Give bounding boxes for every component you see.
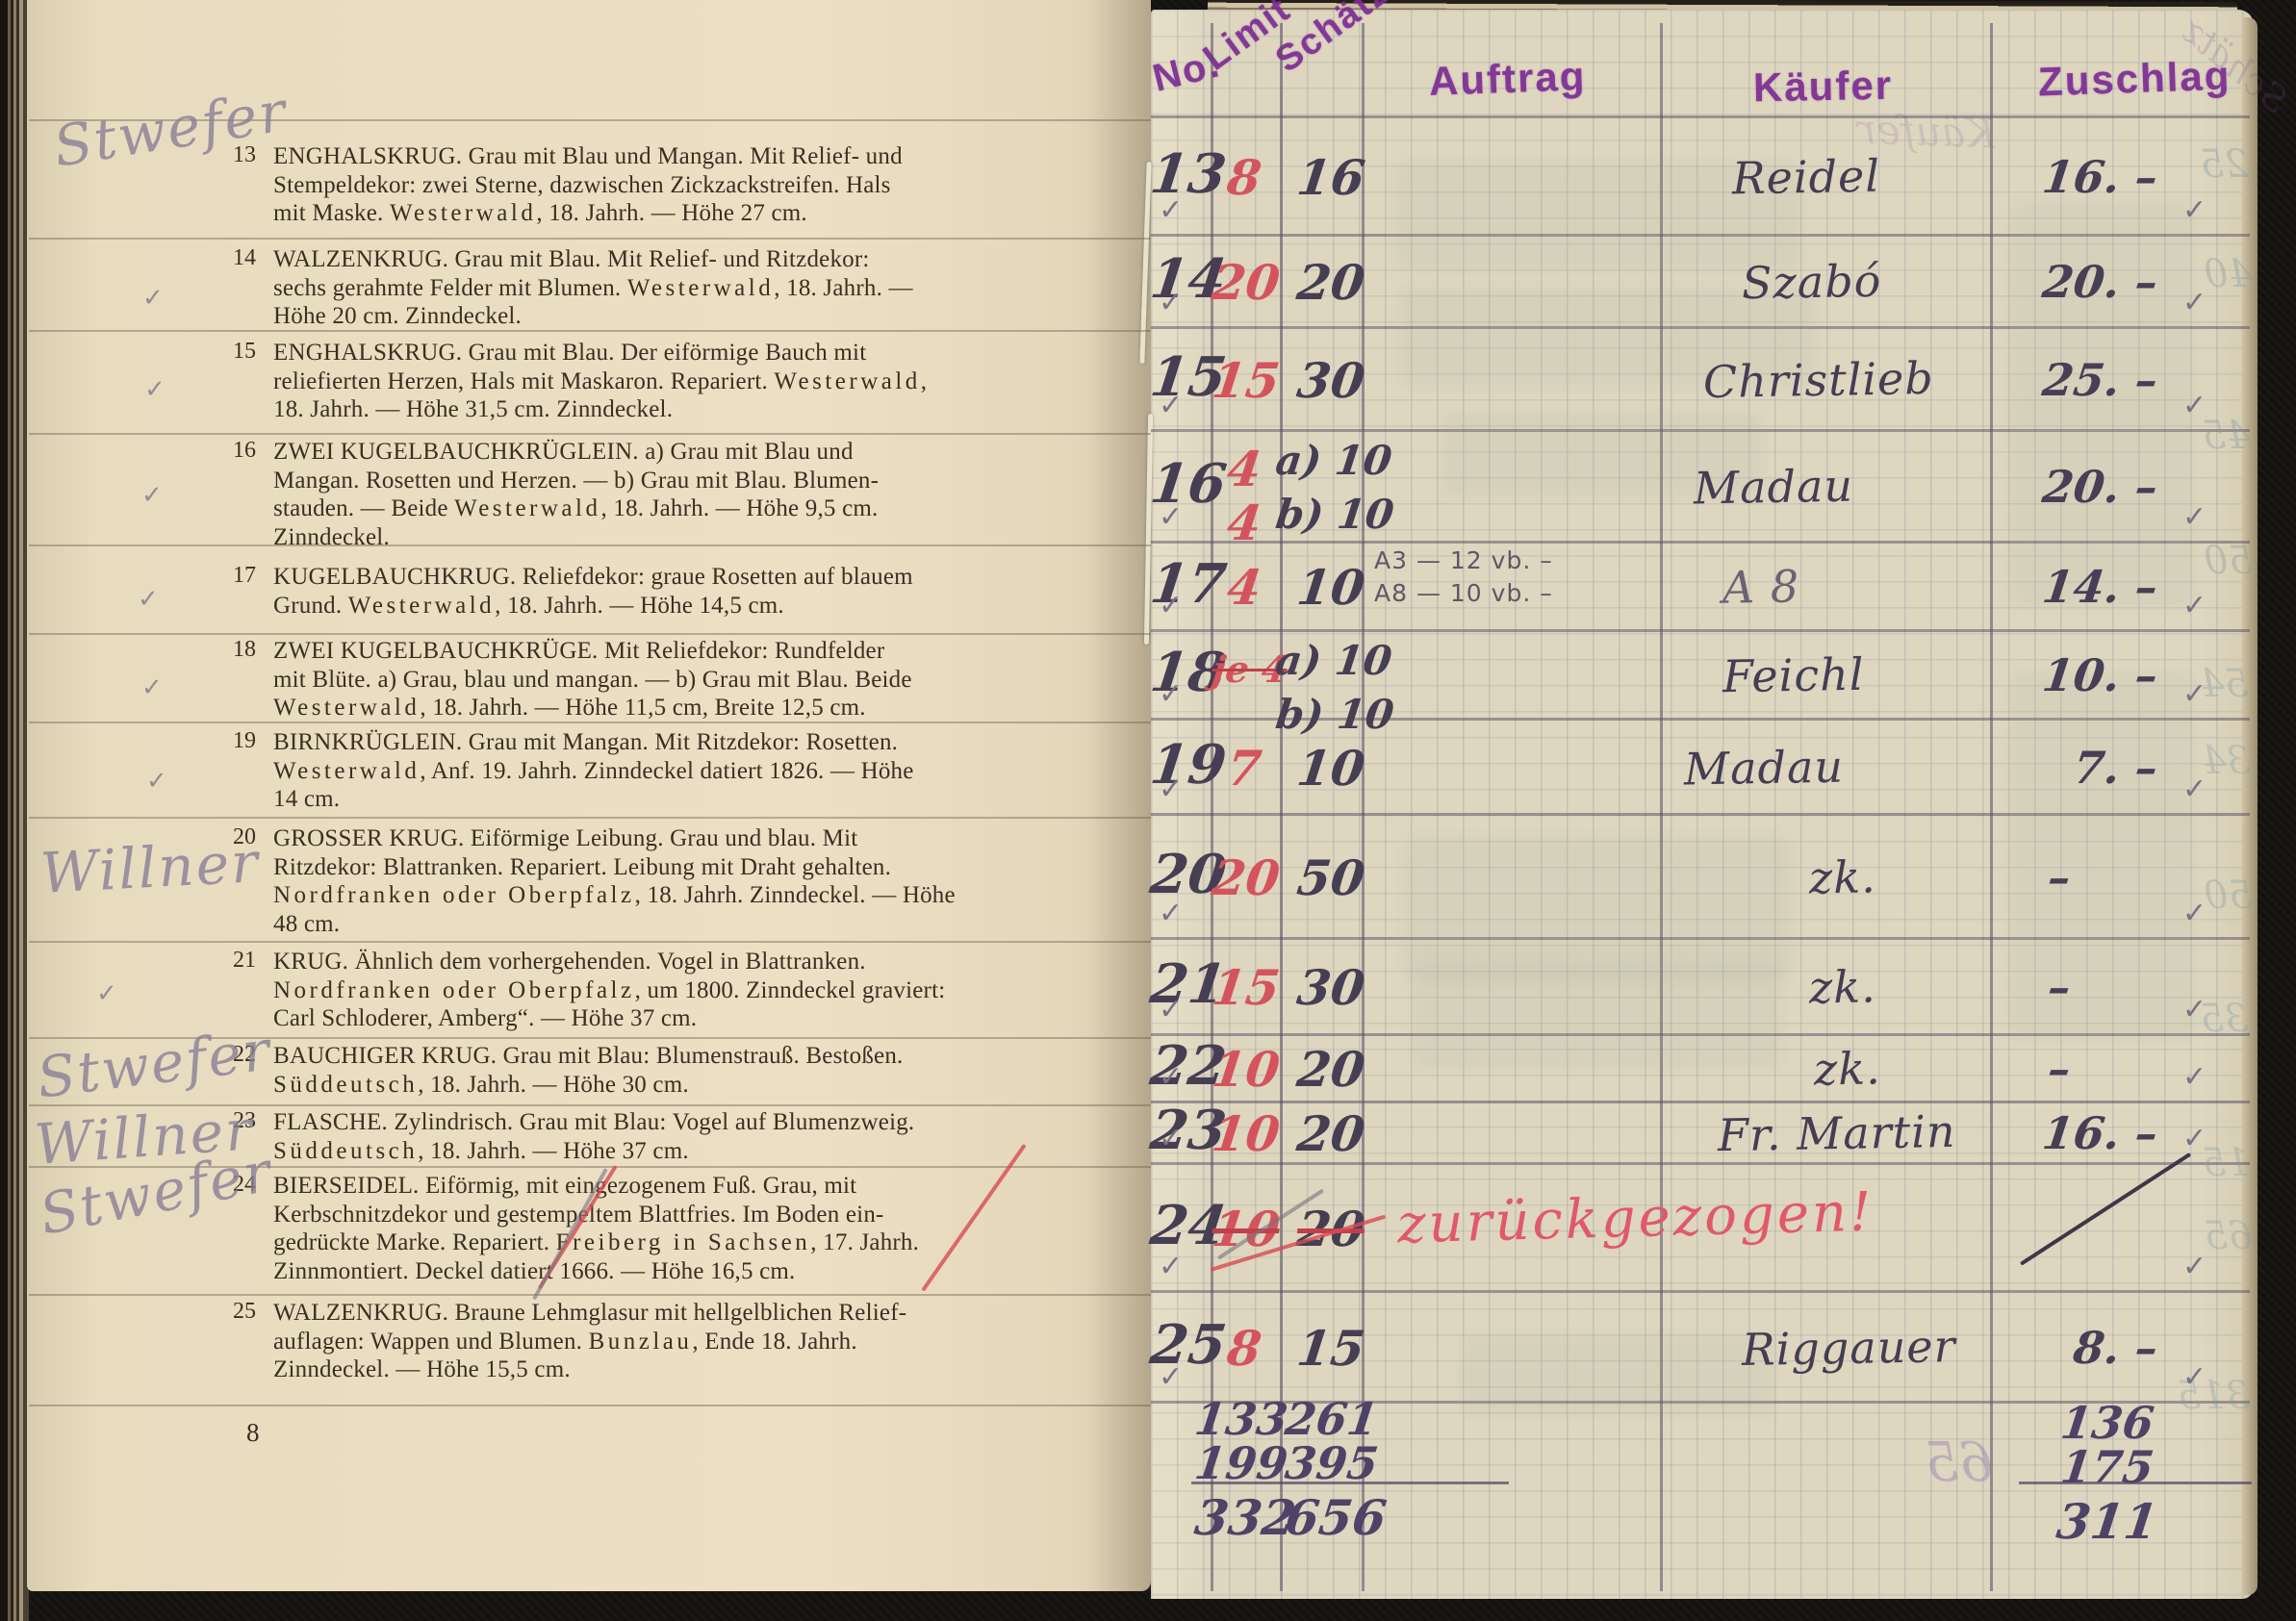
pencil-check-icon: ✓	[2182, 389, 2207, 422]
bleedthrough-text: 65	[2204, 1214, 2253, 1258]
pencil-check-icon: ✓	[1159, 1122, 1183, 1155]
catalog-item-line: KUGELBAUCHKRUG. Reliefdekor: graue Roset…	[273, 563, 1014, 592]
pencil-check-icon: ✓	[2182, 193, 2207, 227]
pencil-check-icon: ✓	[2182, 1250, 2207, 1283]
catalog-item-line: Süddeutsch, 18. Jahrh. — Höhe 37 cm.	[273, 1137, 1014, 1166]
catalog-item-text: BIERSEIDEL. Eiförmig, mit eingezogenem F…	[273, 1172, 1014, 1285]
order-note: A3 — 12 vb. –	[1374, 546, 1553, 574]
pencil-tick-icon: ✓	[144, 375, 166, 404]
catalog-item-line: Zinndeckel. — Höhe 15,5 cm.	[273, 1355, 1014, 1384]
estimate-value: a) 10	[1273, 637, 1367, 684]
hammer-price: 20. –	[1972, 256, 2161, 308]
catalog-item-line: Westerwald, 18. Jahrh. — Höhe 11,5 cm, B…	[273, 694, 1014, 722]
limit-value: 4	[1209, 441, 1279, 497]
limit-value: 15	[1209, 959, 1279, 1016]
catalog-item-text: WALZENKRUG. Grau mit Blau. Mit Relief- u…	[273, 245, 1014, 331]
catalog-item-line: FLASCHE. Zylindrisch. Grau mit Blau: Vog…	[273, 1108, 1014, 1137]
ledger-rule	[1151, 629, 2250, 632]
pencil-check-icon: ✓	[2182, 286, 2207, 319]
order-note: A8 — 10 vb. –	[1374, 579, 1553, 607]
catalog-rule	[29, 941, 1151, 943]
pencil-check-icon: ✓	[2182, 1360, 2207, 1394]
catalog-item-number: 21	[216, 948, 256, 974]
pencil-check-icon: ✓	[1159, 1060, 1183, 1094]
catalog-item-text: BAUCHIGER KRUG. Grau mit Blau: Blumenstr…	[273, 1042, 1014, 1099]
bleedthrough-text: 65	[1925, 1431, 1993, 1494]
pencil-tick-icon: ✓	[141, 673, 163, 702]
ledger-rule	[1151, 1101, 2250, 1103]
column-header-kaufer: Käufer	[1753, 63, 1894, 112]
buyer-name: Madau	[1684, 740, 1845, 795]
ledger-rule	[1151, 115, 2250, 118]
estimate-value: 30	[1272, 352, 1367, 409]
book-spine-edge	[0, 0, 29, 1621]
catalog-item-number: 17	[216, 563, 256, 589]
catalog-item-line: Süddeutsch, 18. Jahrh. — Höhe 30 cm.	[273, 1071, 1014, 1100]
estimate-value: a) 10	[1273, 437, 1367, 484]
pencil-tick-icon: ✓	[142, 284, 164, 313]
catalog-item-line: Westerwald, Anf. 19. Jahrh. Zinndeckel d…	[273, 757, 1014, 786]
bleedthrough-text: 54	[2200, 662, 2249, 706]
bleedthrough-text: 50	[2204, 539, 2253, 583]
bleedthrough-smudge	[1463, 1337, 1771, 1414]
catalog-item-line: mit Maske. Westerwald, 18. Jahrh. — Höhe…	[273, 199, 1014, 228]
hammer-price-total: 175	[2047, 1441, 2169, 1493]
totals-underline	[2019, 1482, 2252, 1484]
catalog-item-line: Zinndeckel.	[273, 523, 1014, 552]
catalog-rule	[29, 1405, 1151, 1406]
pencil-check-icon: ✓	[1159, 897, 1183, 930]
pencil-check-icon: ✓	[1159, 993, 1183, 1026]
bleedthrough-smudge	[1405, 837, 1790, 981]
limit-value: 15	[1209, 352, 1279, 409]
pencil-tick-icon: ✓	[146, 767, 167, 796]
catalog-item-number: 14	[216, 245, 256, 271]
auction-catalog-spread: No. Limit Schätz Auftrag Käufer Zuschlag…	[0, 0, 2296, 1621]
catalog-item-line: 48 cm.	[273, 910, 1014, 939]
hammer-price: 16. –	[1972, 151, 2161, 203]
limit-value: 7	[1209, 740, 1279, 797]
pencil-check-icon: ✓	[1159, 193, 1183, 227]
pencil-check-icon: ✓	[2182, 773, 2207, 806]
buyer-name: Madau	[1694, 460, 1854, 515]
margin-bidder-name: Willner	[38, 829, 261, 906]
catalog-item-number: 15	[216, 339, 256, 365]
limit-value: 4	[1209, 559, 1279, 616]
limit-value: 20	[1209, 254, 1279, 311]
catalog-item-line: ZWEI KUGELBAUCHKRÜGLEIN. a) Grau mit Bla…	[273, 438, 1014, 467]
catalog-item-line: BAUCHIGER KRUG. Grau mit Blau: Blumenstr…	[273, 1042, 1014, 1071]
catalog-item-text: ZWEI KUGELBAUCHKRÜGLEIN. a) Grau mit Bla…	[273, 438, 1014, 551]
catalog-item-line: KRUG. Ähnlich dem vorhergehenden. Vogel …	[273, 948, 1014, 976]
catalog-item-number: 16	[216, 438, 256, 464]
catalog-rule	[29, 633, 1151, 635]
catalog-item-line: Höhe 20 cm. Zinndeckel.	[273, 302, 1014, 331]
estimate-total: 656	[1282, 1489, 1381, 1546]
limit-value: 10	[1209, 1041, 1279, 1098]
catalog-item-line: Carl Schloderer, Amberg“. — Höhe 37 cm.	[273, 1004, 1014, 1033]
estimate-value: b) 10	[1273, 691, 1367, 738]
estimate-value: 20	[1272, 1041, 1367, 1098]
hammer-price: –	[2008, 961, 2111, 1013]
bleedthrough-text: 45	[2202, 414, 2251, 458]
estimate-value: 30	[1272, 959, 1367, 1016]
pencil-check-icon: ✓	[1159, 500, 1183, 534]
hammer-price: 16. –	[1972, 1107, 2161, 1159]
pencil-check-icon: ✓	[1159, 773, 1183, 806]
catalog-item-text: KRUG. Ähnlich dem vorhergehenden. Vogel …	[273, 948, 1014, 1033]
buyer-name: Reidel	[1732, 149, 1881, 204]
column-header-auftrag: Auftrag	[1428, 53, 1587, 105]
hammer-price-total: 311	[2046, 1493, 2168, 1550]
hammer-price: 14. –	[1972, 561, 2161, 613]
pencil-check-icon: ✓	[1159, 389, 1183, 422]
bleedthrough-text: 35	[2200, 997, 2249, 1041]
estimate-value: 16	[1272, 149, 1367, 206]
withdrawn-note: zurückgezogen!	[1396, 1181, 1875, 1256]
pencil-check-icon: ✓	[2182, 677, 2207, 711]
pencil-tick-icon: ✓	[141, 481, 163, 510]
pencil-check-icon: ✓	[2182, 500, 2207, 534]
buyer-name: Riggauer	[1742, 1320, 1956, 1376]
catalog-rule	[29, 433, 1151, 435]
catalog-item-line: gedrückte Marke. Repariert. Freiberg in …	[273, 1228, 1014, 1257]
limit-value: 10	[1209, 1105, 1279, 1162]
limit-value: je 4	[1210, 647, 1279, 691]
hammer-price: 25. –	[1972, 354, 2161, 406]
limit-value: 10	[1209, 1201, 1279, 1257]
bleedthrough-smudge	[1415, 962, 1780, 1068]
buyer-name: A 8	[1722, 560, 1800, 613]
pencil-check-icon: ✓	[1159, 589, 1183, 622]
catalog-item-text: FLASCHE. Zylindrisch. Grau mit Blau: Vog…	[273, 1108, 1014, 1165]
catalog-rule	[29, 817, 1151, 819]
catalog-item-text: ENGHALSKRUG. Grau mit Blau. Der eiförmig…	[273, 339, 1014, 424]
catalog-item-line: GROSSER KRUG. Eiförmige Leibung. Grau un…	[273, 824, 1014, 853]
catalog-item-number: 19	[216, 728, 256, 754]
lot-number: 24	[1147, 1194, 1212, 1257]
hammer-price: –	[2008, 1043, 2111, 1095]
catalog-item-line: reliefierten Herzen, Hals mit Maskaron. …	[273, 367, 1014, 396]
limit-value: 20	[1209, 849, 1279, 906]
pencil-check-icon: ✓	[1159, 1360, 1183, 1394]
catalog-item-line: Grund. Westerwald, 18. Jahrh. — Höhe 14,…	[273, 592, 1014, 621]
buyer-name: Feichl	[1722, 648, 1865, 703]
hammer-price: 8. –	[1972, 1322, 2161, 1374]
pencil-tick-icon: ✓	[96, 979, 117, 1008]
estimate-value: 15	[1272, 1320, 1367, 1377]
hammer-price: 20. –	[1972, 461, 2161, 513]
hammer-price: 10. –	[1972, 649, 2161, 701]
pencil-check-icon: ✓	[1159, 286, 1183, 319]
catalog-item-line: Zinnmontiert. Deckel datiert 1666. — Höh…	[273, 1257, 1014, 1286]
catalog-item-line: stauden. — Beide Westerwald, 18. Jahrh. …	[273, 494, 1014, 523]
catalog-item-line: Nordfranken oder Oberpfalz, um 1800. Zin…	[273, 976, 1014, 1005]
hammer-price: –	[2008, 851, 2111, 903]
pencil-check-icon: ✓	[1159, 677, 1183, 711]
pencil-check-icon: ✓	[2182, 589, 2207, 622]
estimate-value: 10	[1272, 559, 1367, 616]
pencil-check-icon: ✓	[2182, 993, 2207, 1026]
limit-total: 332	[1191, 1489, 1290, 1546]
catalog-item-line: mit Blüte. a) Grau, blau und mangan. — b…	[273, 666, 1014, 695]
bleedthrough-text: 50	[2204, 874, 2253, 918]
catalog-item-line: sechs gerahmte Felder mit Blumen. Wester…	[273, 274, 1014, 303]
pencil-check-icon: ✓	[2182, 897, 2207, 930]
ledger-rule	[1151, 1290, 2250, 1293]
catalog-item-line: WALZENKRUG. Braune Lehmglasur mit hellge…	[273, 1299, 1014, 1328]
pencil-check-icon: ✓	[1159, 1250, 1183, 1283]
catalog-item-text: ENGHALSKRUG. Grau mit Blau und Mangan. M…	[273, 142, 1014, 228]
catalog-item-line: auflagen: Wappen und Blumen. Bunzlau, En…	[273, 1328, 1014, 1356]
catalog-item-line: Ritzdekor: Blattranken. Repariert. Leibu…	[273, 853, 1014, 882]
estimate-value: 20	[1272, 1105, 1367, 1162]
hammer-price: 7. –	[1972, 742, 2161, 794]
buyer-name: Fr. Martin	[1718, 1105, 1956, 1161]
catalog-item-text: ZWEI KUGELBAUCHKRÜGE. Mit Reliefdekor: R…	[273, 637, 1014, 722]
catalog-item-text: GROSSER KRUG. Eiförmige Leibung. Grau un…	[273, 824, 1014, 938]
catalog-item-line: 14 cm.	[273, 785, 1014, 814]
ledger-rule	[1151, 1162, 2250, 1165]
buyer-name: Christlieb	[1703, 351, 1935, 407]
estimate-value: b) 10	[1273, 491, 1367, 538]
catalog-item-text: BIRNKRÜGLEIN. Grau mit Mangan. Mit Ritzd…	[273, 728, 1014, 814]
pencil-check-icon: ✓	[2182, 1122, 2207, 1155]
bleedthrough-text: 40	[2204, 252, 2253, 296]
catalog-item-line: Nordfranken oder Oberpfalz, 18. Jahrh. Z…	[273, 881, 1014, 910]
catalog-item-line: ENGHALSKRUG. Grau mit Blau und Mangan. M…	[273, 142, 1014, 171]
buyer-name: zk.	[1814, 1042, 1882, 1095]
buyer-name: zk.	[1809, 850, 1877, 903]
catalog-item-text: KUGELBAUCHKRUG. Reliefdekor: graue Roset…	[273, 563, 1014, 620]
catalog-item-line: ENGHALSKRUG. Grau mit Blau. Der eiförmig…	[273, 339, 1014, 367]
totals-underline	[1191, 1482, 1509, 1484]
catalog-item-line: ZWEI KUGELBAUCHKRÜGE. Mit Reliefdekor: R…	[273, 637, 1014, 666]
bleedthrough-text: 25	[2200, 142, 2249, 187]
catalog-rule	[29, 238, 1151, 240]
catalog-item-line: BIRNKRÜGLEIN. Grau mit Mangan. Mit Ritzd…	[273, 728, 1014, 757]
catalog-item-line: Stempeldekor: zwei Sterne, dazwischen Zi…	[273, 171, 1014, 200]
catalog-item-line: BIERSEIDEL. Eiförmig, mit eingezogenem F…	[273, 1172, 1014, 1201]
catalog-item-line: Kerbschnitzdekor und gestempeltem Blattf…	[273, 1201, 1014, 1229]
limit-value: 8	[1209, 149, 1279, 206]
bleedthrough-text: 34	[2202, 739, 2251, 783]
catalog-rule	[29, 1294, 1151, 1296]
catalog-item-line: 18. Jahrh. — Höhe 31,5 cm. Zinndeckel.	[273, 395, 1014, 424]
catalog-item-text: WALZENKRUG. Braune Lehmglasur mit hellge…	[273, 1299, 1014, 1384]
limit-value: 4	[1209, 494, 1279, 551]
estimate-value: 10	[1272, 740, 1367, 797]
catalog-item-line: WALZENKRUG. Grau mit Blau. Mit Relief- u…	[273, 245, 1014, 274]
catalog-item-number: 25	[216, 1299, 256, 1325]
pencil-check-icon: ✓	[2182, 1060, 2207, 1094]
limit-value: 8	[1209, 1320, 1279, 1377]
buyer-name: Szabó	[1742, 255, 1882, 310]
catalog-item-line: Mangan. Rosetten und Herzen. — b) Grau m…	[273, 467, 1014, 495]
estimate-value: 20	[1272, 254, 1367, 311]
buyer-name: zk.	[1809, 960, 1877, 1013]
page-number: 8	[246, 1418, 260, 1448]
catalog-item-number: 18	[216, 637, 256, 663]
estimate-value: 50	[1272, 849, 1367, 906]
bleedthrough-text: 15	[2202, 1141, 2251, 1185]
pencil-tick-icon: ✓	[138, 585, 159, 614]
